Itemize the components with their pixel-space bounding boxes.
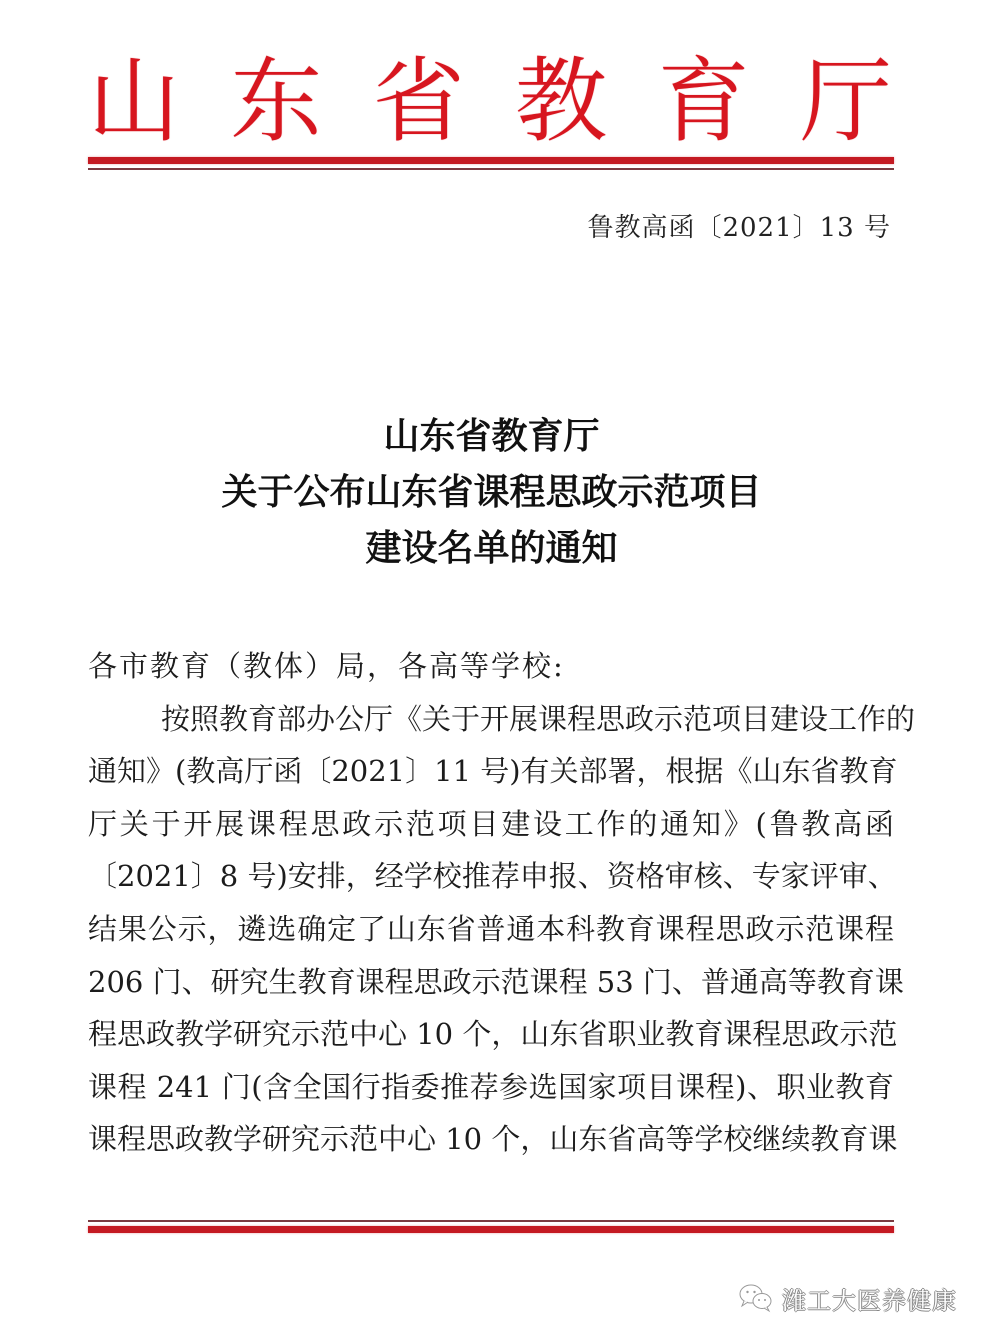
footer-rule-thin — [88, 1220, 894, 1222]
title-line: 关于公布山东省课程思政示范项目 — [0, 464, 983, 520]
body-line: 按照教育部办公厅《关于开展课程思政示范项目建设工作的 — [88, 693, 894, 746]
body-line: 206 门、研究生教育课程思政示范课程 53 门、普通高等教育课 — [88, 956, 894, 1009]
title-line: 山东省教育厅 — [0, 408, 983, 464]
title-line: 建设名单的通知 — [0, 520, 983, 576]
document-title: 山东省教育厅 关于公布山东省课程思政示范项目 建设名单的通知 — [0, 408, 983, 576]
masthead-char: 山 — [88, 52, 180, 152]
body-line: 〔2021〕8 号)安排，经学校推荐申报、资格审核、专家评审、 — [88, 850, 894, 903]
body-line: 结果公示，遴选确定了山东省普通本科教育课程思政示范课程 — [88, 903, 894, 956]
header-rule-thin — [88, 168, 894, 170]
masthead-char: 教 — [515, 52, 607, 152]
watermark: 潍工大医养健康 — [738, 1280, 957, 1316]
watermark-text: 潍工大医养健康 — [782, 1281, 957, 1316]
footer-rule-thick — [88, 1226, 894, 1233]
masthead-char: 厅 — [800, 52, 892, 152]
masthead-title: 山 东 省 教 育 厅 — [88, 52, 892, 152]
body-line: 程思政教学研究示范中心 10 个，山东省职业教育课程思政示范 — [88, 1008, 894, 1061]
body-line: 课程 241 门(含全国行指委推荐参选国家项目课程)、职业教育 — [88, 1061, 894, 1114]
salutation: 各市教育（教体）局，各高等学校: — [88, 640, 894, 693]
masthead-char: 育 — [658, 52, 750, 152]
wechat-icon — [738, 1282, 774, 1314]
body-line: 厅关于开展课程思政示范项目建设工作的通知》(鲁教高函 — [88, 798, 894, 851]
header-rule-thick — [88, 157, 894, 164]
document-number: 鲁教高函〔2021〕13 号 — [587, 208, 891, 248]
document-body: 各市教育（教体）局，各高等学校: 按照教育部办公厅《关于开展课程思政示范项目建设… — [88, 640, 894, 1166]
masthead-char: 东 — [230, 52, 322, 152]
body-line: 通知》(教高厅函〔2021〕11 号)有关部署，根据《山东省教育 — [88, 745, 894, 798]
body-line: 课程思政教学研究示范中心 10 个，山东省高等学校继续教育课 — [88, 1113, 894, 1166]
masthead-char: 省 — [373, 52, 465, 152]
